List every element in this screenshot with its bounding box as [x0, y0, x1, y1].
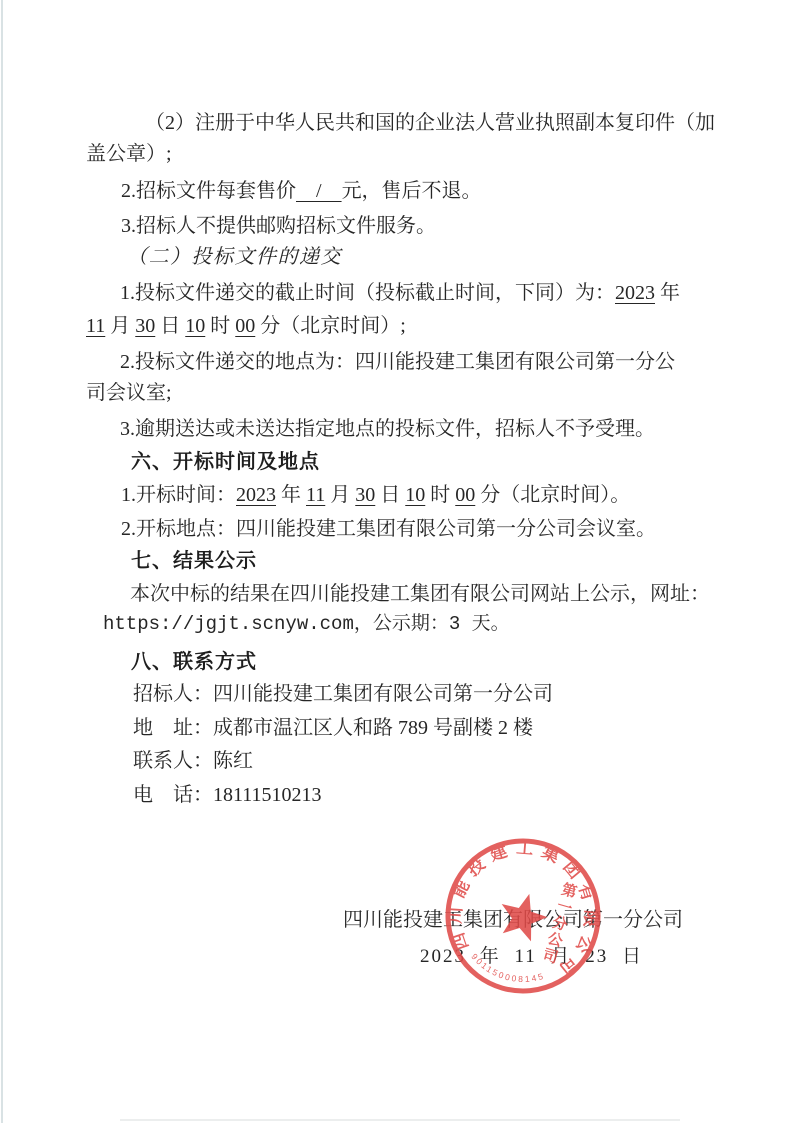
document-line: 司会议室;: [86, 381, 172, 406]
document-line: 2.开标地点：四川能投建工集团有限公司第一分公司会议室。: [121, 517, 656, 542]
document-line: 六、开标时间及地点: [131, 450, 320, 475]
document-content: （2）注册于中华人民共和国的企业法人营业执照副本复印件（加盖公章）;2.招标文件…: [0, 0, 794, 1123]
document-line: 八、联系方式: [131, 650, 257, 675]
document-line: 联系人：陈红: [133, 749, 253, 774]
document-line: 2.投标文件递交的地点为：四川能投建工集团有限公司第一分公: [120, 350, 675, 375]
document-line: 地 址：成都市温江区人和路 789 号副楼 2 楼: [133, 716, 533, 741]
signature-company-line: 四川能投建工集团有限公司第一分公司: [343, 903, 683, 932]
document-page: （2）注册于中华人民共和国的企业法人营业执照副本复印件（加盖公章）;2.招标文件…: [0, 0, 794, 1123]
document-line: 电 话：18111510213: [133, 783, 322, 808]
document-line: 2.招标文件每套售价 / 元，售后不退。: [121, 179, 482, 204]
document-line: 七、结果公示: [131, 549, 257, 574]
document-line: （2）注册于中华人民共和国的企业法人营业执照副本复印件（加: [145, 111, 715, 136]
document-line: 1.开标时间：2023 年 11 月 30 日 10 时 00 分（北京时间）。: [121, 483, 630, 508]
document-line: 1.投标文件递交的截止时间（投标截止时间，下同）为：2023 年: [120, 281, 680, 306]
document-line: 3.逾期送达或未送达指定地点的投标文件，招标人不予受理。: [120, 417, 655, 442]
document-line: 3.招标人不提供邮购招标文件服务。: [121, 214, 436, 239]
document-line: 11 月 30 日 10 时 00 分（北京时间）;: [86, 314, 406, 339]
document-line: https://jgjt.scnyw.com，公示期：3 天。: [103, 612, 510, 637]
document-line: 盖公章）;: [86, 142, 172, 167]
document-line: 本次中标的结果在四川能投建工集团有限公司网站上公示，网址：: [130, 582, 710, 607]
signature-date-line: 2023 年 11 月 23 日: [420, 941, 643, 968]
document-line: （二）投标文件的递交: [127, 245, 342, 270]
document-line: 招标人：四川能投建工集团有限公司第一分公司: [133, 682, 553, 707]
